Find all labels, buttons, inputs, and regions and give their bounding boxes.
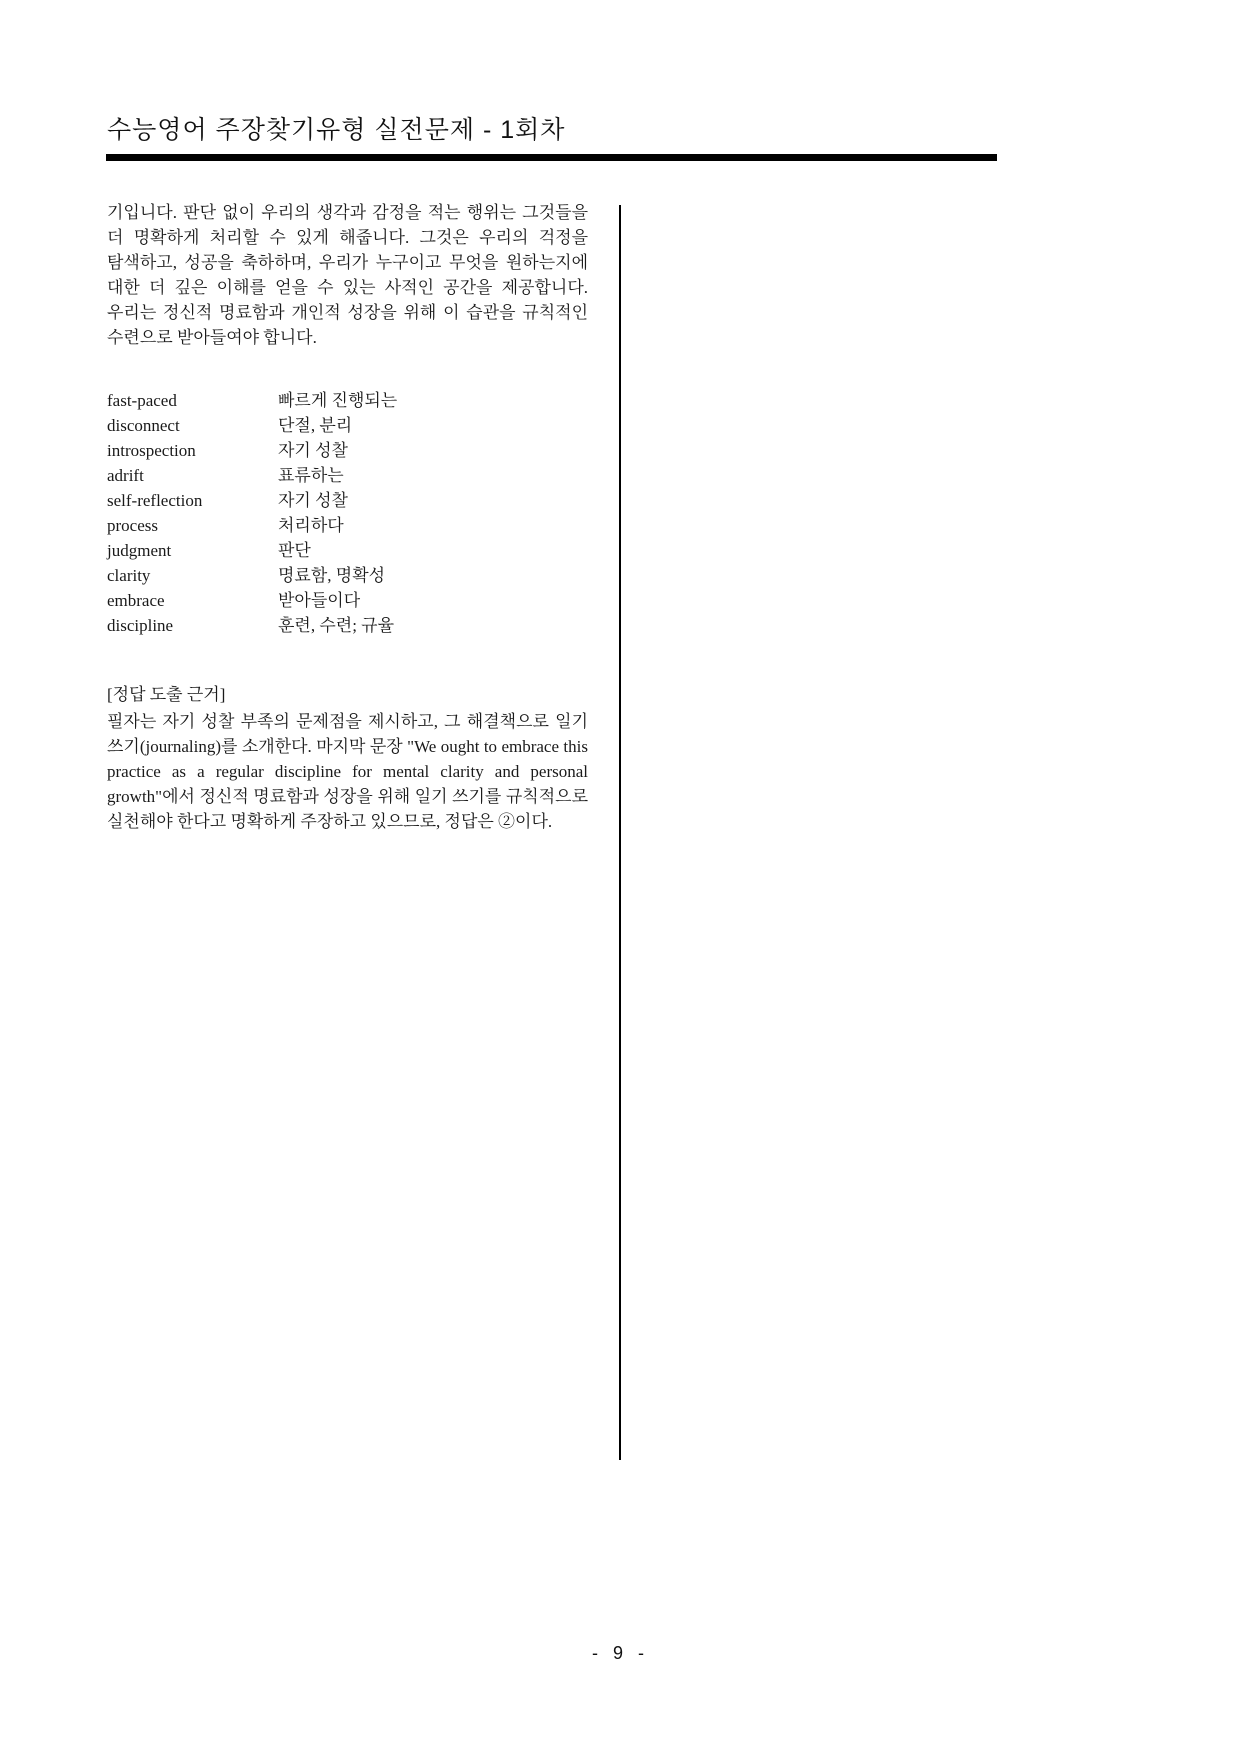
vocab-row: judgment 판단 [107, 538, 588, 563]
column-divider [619, 205, 621, 1460]
vocab-meaning: 판단 [278, 538, 588, 563]
vocab-row: discipline 훈련, 수련; 규율 [107, 613, 588, 638]
page-number: - 9 - [0, 1643, 1241, 1664]
vocab-row: embrace 받아들이다 [107, 588, 588, 613]
answer-rationale-heading: [정답 도출 근거] [107, 682, 588, 707]
vocab-meaning: 명료함, 명확성 [278, 563, 588, 588]
answer-rationale-body: 필자는 자기 성찰 부족의 문제점을 제시하고, 그 해결책으로 일기 쓰기(j… [107, 709, 588, 834]
vocab-meaning: 빠르게 진행되는 [278, 388, 588, 413]
vocab-meaning: 표류하는 [278, 463, 588, 488]
vocab-row: disconnect 단절, 분리 [107, 413, 588, 438]
left-column: 기입니다. 판단 없이 우리의 생각과 감정을 적는 행위는 그것들을 더 명확… [107, 200, 588, 834]
vocab-word: self-reflection [107, 488, 278, 513]
vocab-word: introspection [107, 438, 278, 463]
translation-paragraph: 기입니다. 판단 없이 우리의 생각과 감정을 적는 행위는 그것들을 더 명확… [107, 200, 588, 350]
vocab-meaning: 자기 성찰 [278, 438, 588, 463]
vocab-meaning: 단절, 분리 [278, 413, 588, 438]
vocab-meaning: 자기 성찰 [278, 488, 588, 513]
vocab-word: discipline [107, 613, 278, 638]
vocab-row: fast-paced 빠르게 진행되는 [107, 388, 588, 413]
vocab-row: adrift 표류하는 [107, 463, 588, 488]
vocab-word: process [107, 513, 278, 538]
vocab-meaning: 처리하다 [278, 513, 588, 538]
vocab-meaning: 훈련, 수련; 규율 [278, 613, 588, 638]
vocab-word: adrift [107, 463, 278, 488]
vocab-word: judgment [107, 538, 278, 563]
vocab-row: self-reflection 자기 성찰 [107, 488, 588, 513]
vocab-row: process 처리하다 [107, 513, 588, 538]
vocab-row: clarity 명료함, 명확성 [107, 563, 588, 588]
page-title: 수능영어 주장찾기유형 실전문제 - 1회차 [107, 110, 565, 146]
vocab-word: embrace [107, 588, 278, 613]
vocab-row: introspection 자기 성찰 [107, 438, 588, 463]
vocab-word: clarity [107, 563, 278, 588]
vocab-meaning: 받아들이다 [278, 588, 588, 613]
vocab-word: fast-paced [107, 388, 278, 413]
vocab-word: disconnect [107, 413, 278, 438]
vocabulary-list: fast-paced 빠르게 진행되는 disconnect 단절, 분리 in… [107, 388, 588, 638]
header-rule [106, 154, 997, 161]
